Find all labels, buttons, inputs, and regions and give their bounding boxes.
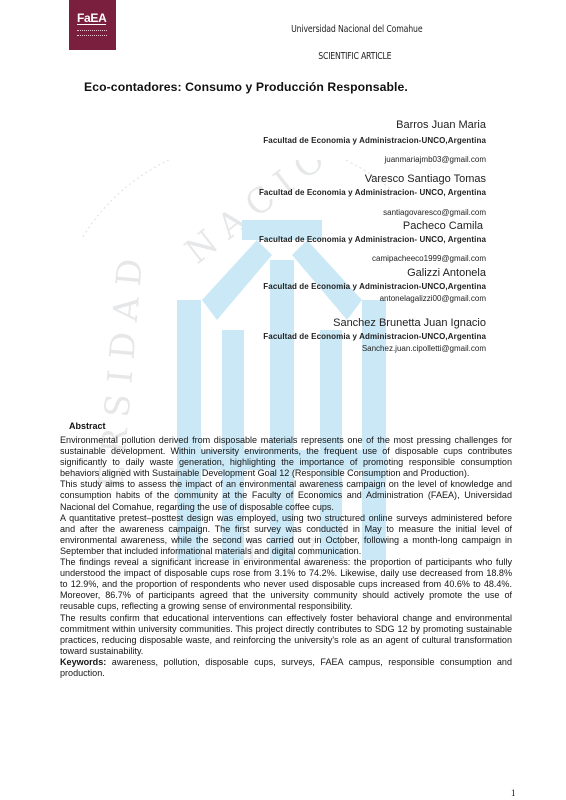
- page-number: 1: [511, 788, 516, 798]
- abstract-paragraph: The findings reveal a significant increa…: [60, 557, 512, 612]
- author-block: Sanchez Brunetta Juan Ignacio Facultad d…: [126, 316, 486, 354]
- author-email[interactable]: antonelagalizzi00@gmail.com: [126, 293, 486, 304]
- author-affiliation: Facultad de Economia y Administracion-UN…: [126, 281, 486, 292]
- author-affiliation: Facultad de Economia y Administracion- U…: [126, 187, 486, 198]
- author-affiliation: Facultad de Economia y Administracion-UN…: [126, 135, 486, 146]
- article-type: SCIENTIFIC ARTICLE: [0, 51, 566, 62]
- abstract-paragraph: The results confirm that educational int…: [60, 613, 512, 657]
- abstract-paragraph: Environmental pollution derived from dis…: [60, 435, 512, 479]
- author-affiliation: Facultad de Economia y Administracion- U…: [126, 234, 486, 245]
- author-name: Barros Juan Maria: [126, 118, 486, 132]
- author-name: Sanchez Brunetta Juan Ignacio: [126, 316, 486, 330]
- paper-title: Eco-contadores: Consumo y Producción Res…: [84, 80, 408, 94]
- keywords-text: awareness, pollution, disposable cups, s…: [60, 657, 512, 678]
- abstract-heading: Abstract: [69, 421, 106, 431]
- keywords-label: Keywords:: [60, 657, 106, 667]
- author-affiliation: Facultad de Economia y Administracion-UN…: [126, 331, 486, 342]
- document-page: E R S I D A D N A C I O N A L 1 9 7 2 Fa…: [0, 0, 566, 800]
- author-block: Galizzi Antonela Facultad de Economia y …: [126, 266, 486, 304]
- abstract-paragraph: A quantitative pretest–posttest design w…: [60, 513, 512, 557]
- author-name: Varesco Santiago Tomas: [126, 172, 486, 186]
- author-email[interactable]: Sanchez.juan.cipolletti@gmail.com: [126, 343, 486, 354]
- abstract-body: Environmental pollution derived from dis…: [60, 435, 512, 679]
- university-name: Universidad Nacional del Comahue: [51, 24, 515, 35]
- author-name: Galizzi Antonela: [126, 266, 486, 280]
- author-list: Barros Juan Maria Facultad de Economia y…: [126, 118, 486, 354]
- author-name: Pacheco Camila: [126, 219, 486, 233]
- author-email[interactable]: juanmariajmb03@gmail.com: [126, 154, 486, 165]
- author-block: Pacheco Camila Facultad de Economia y Ad…: [126, 219, 486, 264]
- abstract-paragraph: This study aims to assess the impact of …: [60, 479, 512, 512]
- author-email[interactable]: santiagovaresco@gmail.com: [126, 207, 486, 218]
- author-block: Barros Juan Maria Facultad de Economia y…: [126, 118, 486, 165]
- author-email[interactable]: camipacheeco1999@gmail.com: [126, 253, 486, 264]
- keywords-line: Keywords: awareness, pollution, disposab…: [60, 657, 512, 679]
- author-block: Varesco Santiago Tomas Facultad de Econo…: [126, 172, 486, 218]
